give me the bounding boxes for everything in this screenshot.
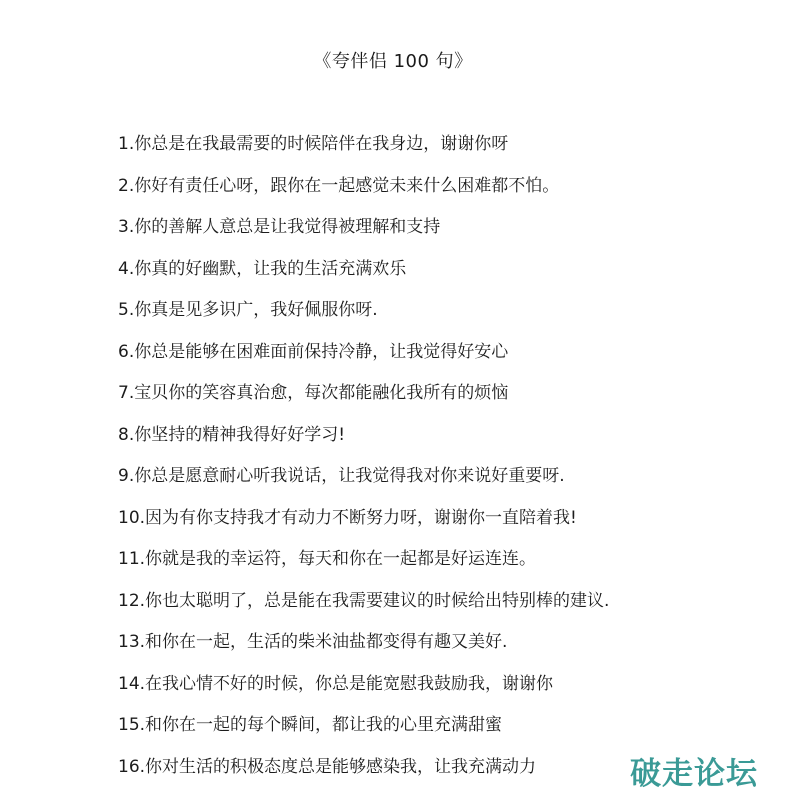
list-item: 10.因为有你支持我才有动力不断努力呀，谢谢你一直陪着我! xyxy=(118,504,609,546)
list-item: 15.和你在一起的每个瞬间，都让我的心里充满甜蜜 xyxy=(118,711,609,753)
list-item: 14.在我心情不好的时候，你总是能宽慰我鼓励我，谢谢你 xyxy=(118,670,609,712)
list-item: 12.你也太聪明了，总是能在我需要建议的时候给出特别棒的建议. xyxy=(118,587,609,629)
list-item: 6.你总是能够在困难面前保持冷静，让我觉得好安心 xyxy=(118,338,609,380)
list-item: 9.你总是愿意耐心听我说话，让我觉得我对你来说好重要呀. xyxy=(118,462,609,504)
list-item: 11.你就是我的幸运符，每天和你在一起都是好运连连。 xyxy=(118,545,609,587)
list-item: 16.你对生活的积极态度总是能够感染我，让我充满动力 xyxy=(118,753,609,791)
document-title: 《夸伴侣 100 句》 xyxy=(0,47,786,73)
list-item: 1.你总是在我最需要的时候陪伴在我身边，谢谢你呀 xyxy=(118,130,609,172)
list-item: 2.你好有责任心呀，跟你在一起感觉未来什么困难都不怕。 xyxy=(118,172,609,214)
list-item: 5.你真是见多识广，我好佩服你呀. xyxy=(118,296,609,338)
list-item: 3.你的善解人意总是让我觉得被理解和支持 xyxy=(118,213,609,255)
watermark-logo: 破走论坛 xyxy=(630,748,758,791)
list-item: 8.你坚持的精神我得好好学习! xyxy=(118,421,609,463)
compliment-list: 1.你总是在我最需要的时候陪伴在我身边，谢谢你呀 2.你好有责任心呀，跟你在一起… xyxy=(118,130,609,791)
list-item: 13.和你在一起，生活的柴米油盐都变得有趣又美好. xyxy=(118,628,609,670)
list-item: 7.宝贝你的笑容真治愈，每次都能融化我所有的烦恼 xyxy=(118,379,609,421)
list-item: 4.你真的好幽默，让我的生活充满欢乐 xyxy=(118,255,609,297)
